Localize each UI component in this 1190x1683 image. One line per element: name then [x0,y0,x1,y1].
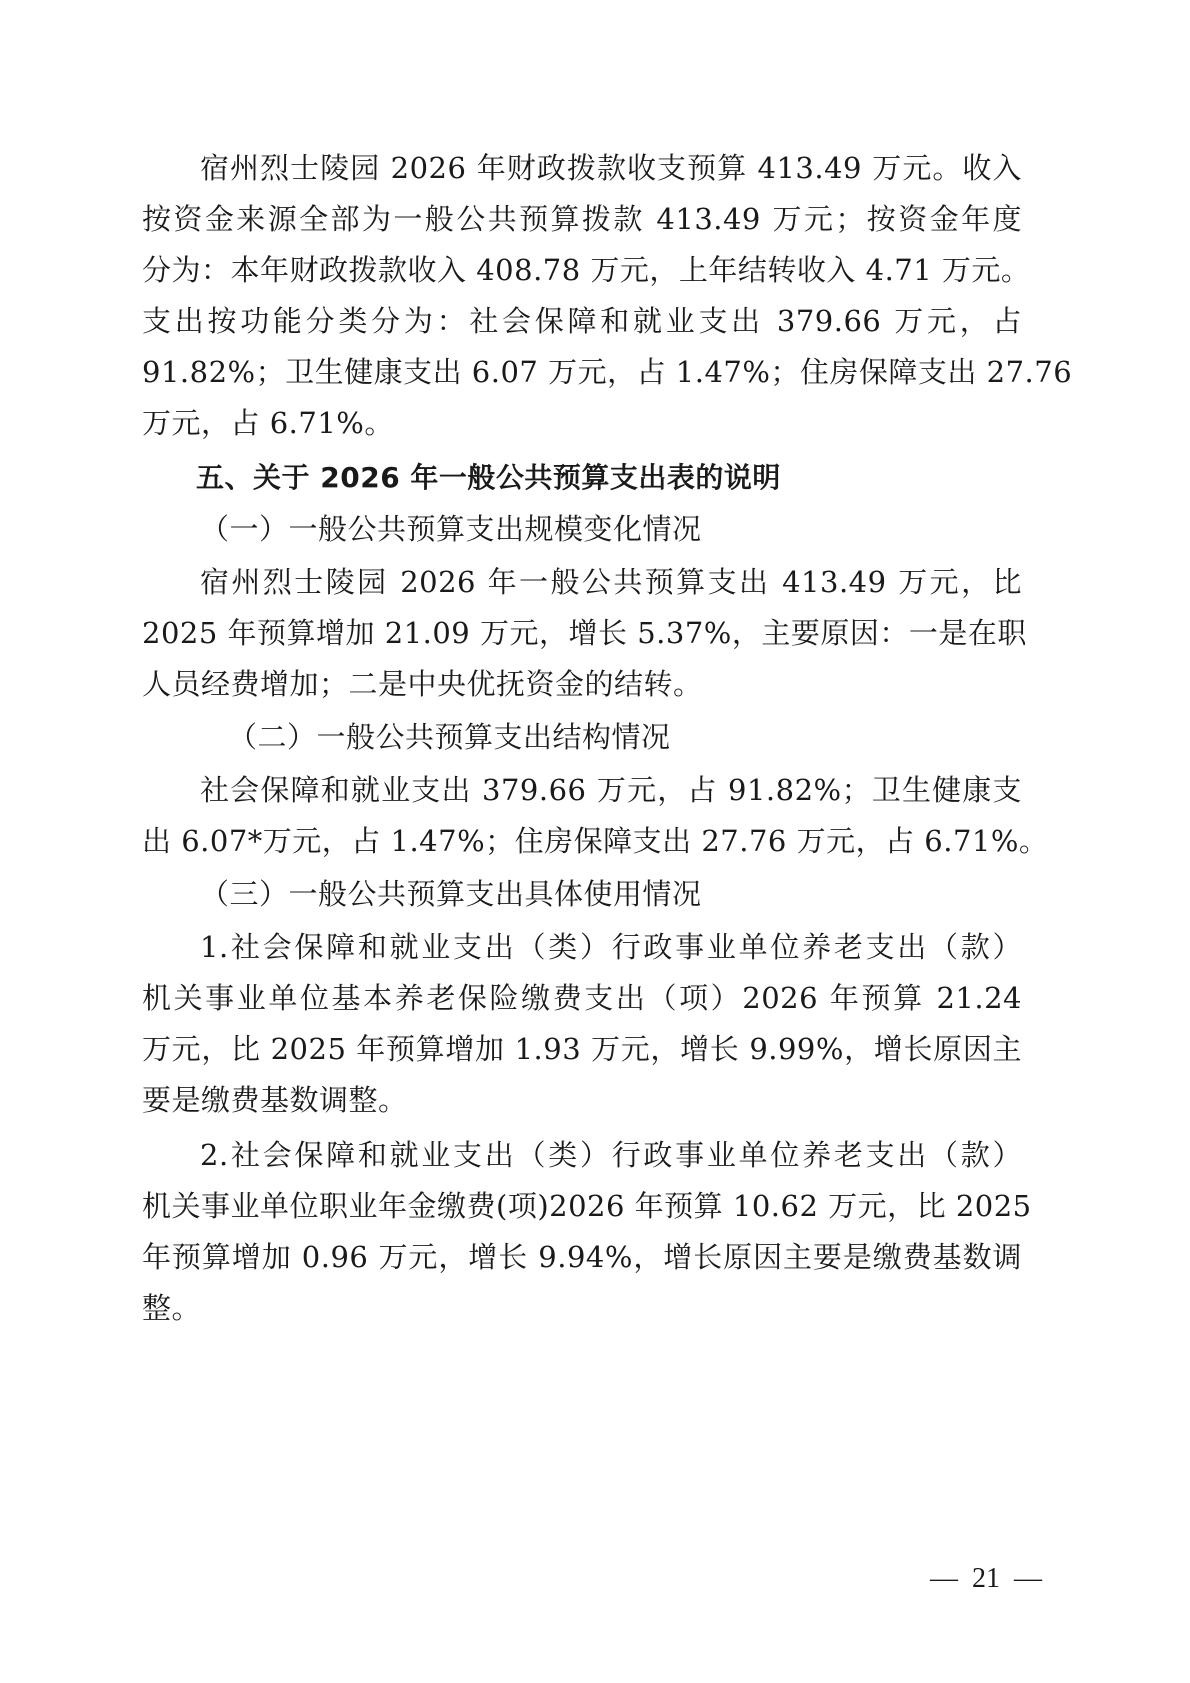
paragraph-line: 91.82%；卫生健康支出 6.07 万元，占 1.47%；住房保障支出 27.… [142,354,1022,390]
paragraph-line: 机关事业单位基本养老保险缴费支出（项）2026 年预算 21.24 [142,980,1022,1016]
paragraph-line: 按资金来源全部为一般公共预算拨款 413.49 万元；按资金年度 [142,201,1022,237]
paragraph-line: 分为：本年财政拨款收入 408.78 万元，上年结转收入 4.71 万元。 [142,252,1022,288]
page-number: — 21 — [930,1563,1042,1595]
paragraph-line: 宿州烈士陵园 2026 年财政拨款收支预算 413.49 万元。收入 [200,150,1022,186]
paragraph-line: 万元，占 6.71%。 [142,405,1022,441]
paragraph-line: 整。 [142,1290,1022,1326]
paragraph-line: 人员经费增加；二是中央优抚资金的结转。 [142,666,1022,702]
subsection-heading: （三）一般公共预算支出具体使用情况 [200,876,702,912]
subsection-heading: （二）一般公共预算支出结构情况 [228,719,671,755]
section-heading: 五、关于 2026 年一般公共预算支出表的说明 [196,460,781,496]
document-page: 宿州烈士陵园 2026 年财政拨款收支预算 413.49 万元。收入 按资金来源… [0,0,1190,1683]
paragraph-line: 要是缴费基数调整。 [142,1082,1022,1118]
paragraph-line: 支出按功能分类分为：社会保障和就业支出 379.66 万元，占 [142,303,1022,339]
paragraph-line: 出 6.07*万元，占 1.47%；住房保障支出 27.76 万元，占 6.71… [142,823,1022,859]
subsection-heading: （一）一般公共预算支出规模变化情况 [200,511,702,547]
paragraph-line: 1.社会保障和就业支出（类）行政事业单位养老支出（款） [200,929,1022,965]
paragraph-line: 社会保障和就业支出 379.66 万元，占 91.82%；卫生健康支 [200,772,1022,808]
paragraph-line: 宿州烈士陵园 2026 年一般公共预算支出 413.49 万元，比 [200,564,1022,600]
paragraph-line: 年预算增加 0.96 万元，增长 9.94%，增长原因主要是缴费基数调 [142,1239,1022,1275]
paragraph-line: 机关事业单位职业年金缴费(项)2026 年预算 10.62 万元，比 2025 [142,1188,1022,1224]
paragraph-line: 万元，比 2025 年预算增加 1.93 万元，增长 9.99%，增长原因主 [142,1031,1022,1067]
paragraph-line: 2.社会保障和就业支出（类）行政事业单位养老支出（款） [200,1137,1022,1173]
paragraph-line: 2025 年预算增加 21.09 万元，增长 5.37%，主要原因：一是在职 [142,615,1022,651]
